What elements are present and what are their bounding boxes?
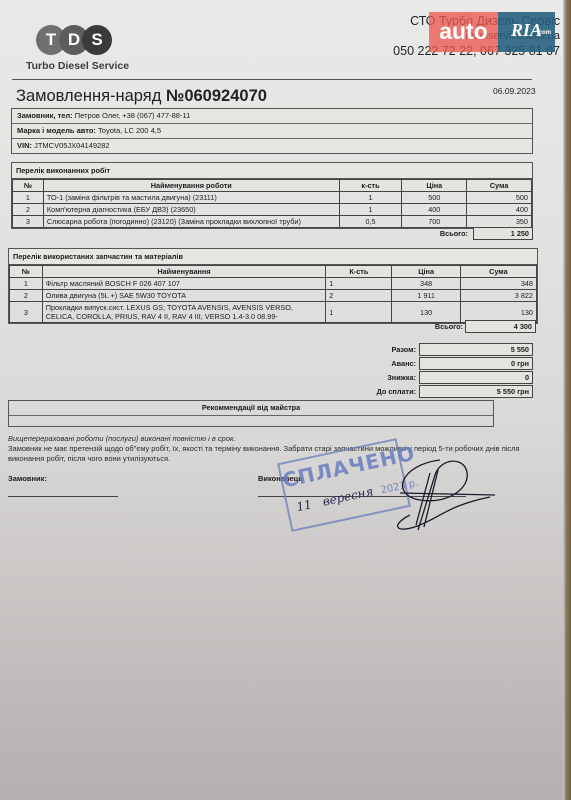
- summary-value: 5 550: [419, 343, 533, 356]
- works-col-qty: к-сть: [339, 180, 402, 192]
- parts-total-value: 4 300: [465, 320, 536, 333]
- recommendations-box: Рекоммендації від майстра: [8, 400, 494, 427]
- summary-row-total: Разом: 5 550: [320, 342, 533, 356]
- logo-circle-s: S: [82, 25, 112, 55]
- row-name: Олива двигуна (5L +) SAE 5W30 TOYOTA: [42, 290, 326, 302]
- notes-line-1: Вищеперераховані роботи (послуги) викона…: [8, 434, 236, 443]
- summary-value: 5 550 грн: [419, 385, 533, 398]
- row-price: 400: [402, 204, 467, 216]
- row-name: Комп'ютерна діагностика (ЕБУ ДВЗ) (23650…: [43, 204, 339, 216]
- car-label: Марка і модель авто:: [17, 126, 96, 135]
- row-number: 2: [13, 204, 44, 216]
- works-col-name: Найменування роботи: [43, 180, 339, 192]
- customer-signature-line: [8, 496, 118, 497]
- row-qty: 1: [339, 192, 402, 204]
- vin-row: VIN: JTMCV05JX04149282: [12, 139, 532, 153]
- row-name: Фільтр масляний BOSCH F 026 407 107: [42, 278, 326, 290]
- works-col-price: Ціна: [402, 180, 467, 192]
- parts-col-name: Найменування: [42, 266, 326, 278]
- works-table-row: 1 ТО-1 (заміна фільтрів та мастила двигу…: [13, 192, 532, 204]
- summary-row-to-pay: До сплати: 5 550 грн: [320, 384, 533, 398]
- summary-label: Аванс:: [320, 359, 419, 368]
- autoria-watermark: auto RIA .com: [429, 12, 555, 52]
- summary-value: 0: [419, 371, 533, 384]
- stamp-day: 11: [295, 497, 313, 514]
- parts-section-title: Перелік використаних запчастин та матері…: [9, 249, 537, 265]
- row-price: 130: [392, 302, 460, 323]
- parts-table-row: 2 Олива двигуна (5L +) SAE 5W30 TOYOTA 2…: [10, 290, 537, 302]
- paper-edge-background: [563, 0, 571, 800]
- handwritten-signature-icon: [380, 455, 500, 545]
- works-total-value: 1 250: [473, 227, 533, 240]
- parts-table-row: 1 Фільтр масляний BOSCH F 026 407 107 1 …: [10, 278, 537, 290]
- row-sum: 3 822: [460, 290, 536, 302]
- parts-col-price: Ціна: [392, 266, 460, 278]
- parts-col-qty: К-сть: [326, 266, 392, 278]
- customer-value: Петров Олег, +38 (067) 477-88-11: [75, 111, 190, 120]
- row-name: ТО-1 (заміна фільтрів та мастила двигуна…: [43, 192, 339, 204]
- parts-table-row: 3 Прокладки випуск.сист. LEXUS GS; TOYOT…: [10, 302, 537, 323]
- summary-label: До сплати:: [320, 387, 419, 396]
- summary-label: Разом:: [320, 345, 419, 354]
- parts-total-label: Всього:: [400, 322, 463, 331]
- order-date: 06.09.2023: [493, 86, 536, 96]
- row-price: 700: [402, 216, 467, 228]
- row-number: 1: [13, 192, 44, 204]
- works-col-number: №: [13, 180, 44, 192]
- row-sum: 500: [467, 192, 532, 204]
- row-qty: 2: [326, 290, 392, 302]
- row-number: 3: [10, 302, 43, 323]
- works-section-title: Перелік виконанних робіт: [12, 163, 532, 179]
- customer-signature-label: Замовник:: [8, 474, 47, 483]
- header-divider: [12, 79, 532, 80]
- row-price: 500: [402, 192, 467, 204]
- customer-label: Замовник, тел:: [17, 111, 73, 120]
- works-col-sum: Сума: [467, 180, 532, 192]
- row-sum: 350: [467, 216, 532, 228]
- row-sum: 348: [460, 278, 536, 290]
- row-name: Прокладки випуск.сист. LEXUS GS; TOYOTA …: [42, 302, 326, 323]
- row-number: 3: [13, 216, 44, 228]
- car-row: Марка і модель авто: Toyota, LC 200 4,5: [12, 124, 532, 139]
- row-price: 348: [392, 278, 460, 290]
- row-number: 1: [10, 278, 43, 290]
- watermark-ria-domain: .com: [537, 15, 551, 51]
- works-table-row: 3 Слюсарна робота (погодинно) (23120) (З…: [13, 216, 532, 228]
- row-qty: 1: [326, 302, 392, 323]
- summary-label: Знижка:: [320, 373, 419, 382]
- summary-row-discount: Знижка: 0: [320, 370, 533, 384]
- row-price: 1 911: [392, 290, 460, 302]
- works-table-row: 2 Комп'ютерна діагностика (ЕБУ ДВЗ) (236…: [13, 204, 532, 216]
- row-sum: 400: [467, 204, 532, 216]
- stamp-month: вересня: [321, 484, 374, 508]
- row-qty: 1: [339, 204, 402, 216]
- watermark-auto-label: auto: [429, 12, 498, 52]
- vin-value: JTMCV05JX04149282: [34, 141, 109, 150]
- parts-section: Перелік використаних запчастин та матері…: [8, 248, 538, 324]
- row-name: Слюсарна робота (погодинно) (23120) (Зам…: [43, 216, 339, 228]
- company-logo: T D S Turbo Diesel Service: [36, 25, 129, 72]
- recommendations-text: [9, 416, 493, 426]
- summary-row-advance: Аванс: 0 грн: [320, 356, 533, 370]
- parts-header-row: № Найменування К-сть Ціна Сума: [10, 266, 537, 278]
- parts-col-sum: Сума: [460, 266, 536, 278]
- summary-block: Разом: 5 550 Аванс: 0 грн Знижка: 0 До с…: [320, 342, 533, 398]
- parts-table: № Найменування К-сть Ціна Сума 1 Фільтр …: [9, 265, 537, 323]
- recommendations-title: Рекоммендації від майстра: [9, 401, 493, 416]
- car-value: Toyota, LC 200 4,5: [98, 126, 161, 135]
- works-table: № Найменування роботи к-сть Ціна Сума 1 …: [12, 179, 532, 228]
- summary-value: 0 грн: [419, 357, 533, 370]
- order-title-prefix: Замовлення-наряд: [16, 87, 166, 105]
- logo-tagline: Turbo Diesel Service: [26, 60, 129, 72]
- order-title: Замовлення-наряд №060924070: [16, 87, 267, 106]
- customer-info-box: Замовник, тел: Петров Олег, +38 (067) 47…: [11, 108, 533, 154]
- row-qty: 0,5: [339, 216, 402, 228]
- row-qty: 1: [326, 278, 392, 290]
- works-header-row: № Найменування роботи к-сть Ціна Сума: [13, 180, 532, 192]
- customer-row: Замовник, тел: Петров Олег, +38 (067) 47…: [12, 109, 532, 124]
- parts-col-number: №: [10, 266, 43, 278]
- order-number: №060924070: [166, 87, 267, 105]
- works-total-label: Всього:: [400, 229, 468, 238]
- row-number: 2: [10, 290, 43, 302]
- watermark-ria-label: RIA .com: [498, 12, 555, 52]
- works-section: Перелік виконанних робіт № Найменування …: [11, 162, 533, 229]
- vin-label: VIN:: [17, 141, 32, 150]
